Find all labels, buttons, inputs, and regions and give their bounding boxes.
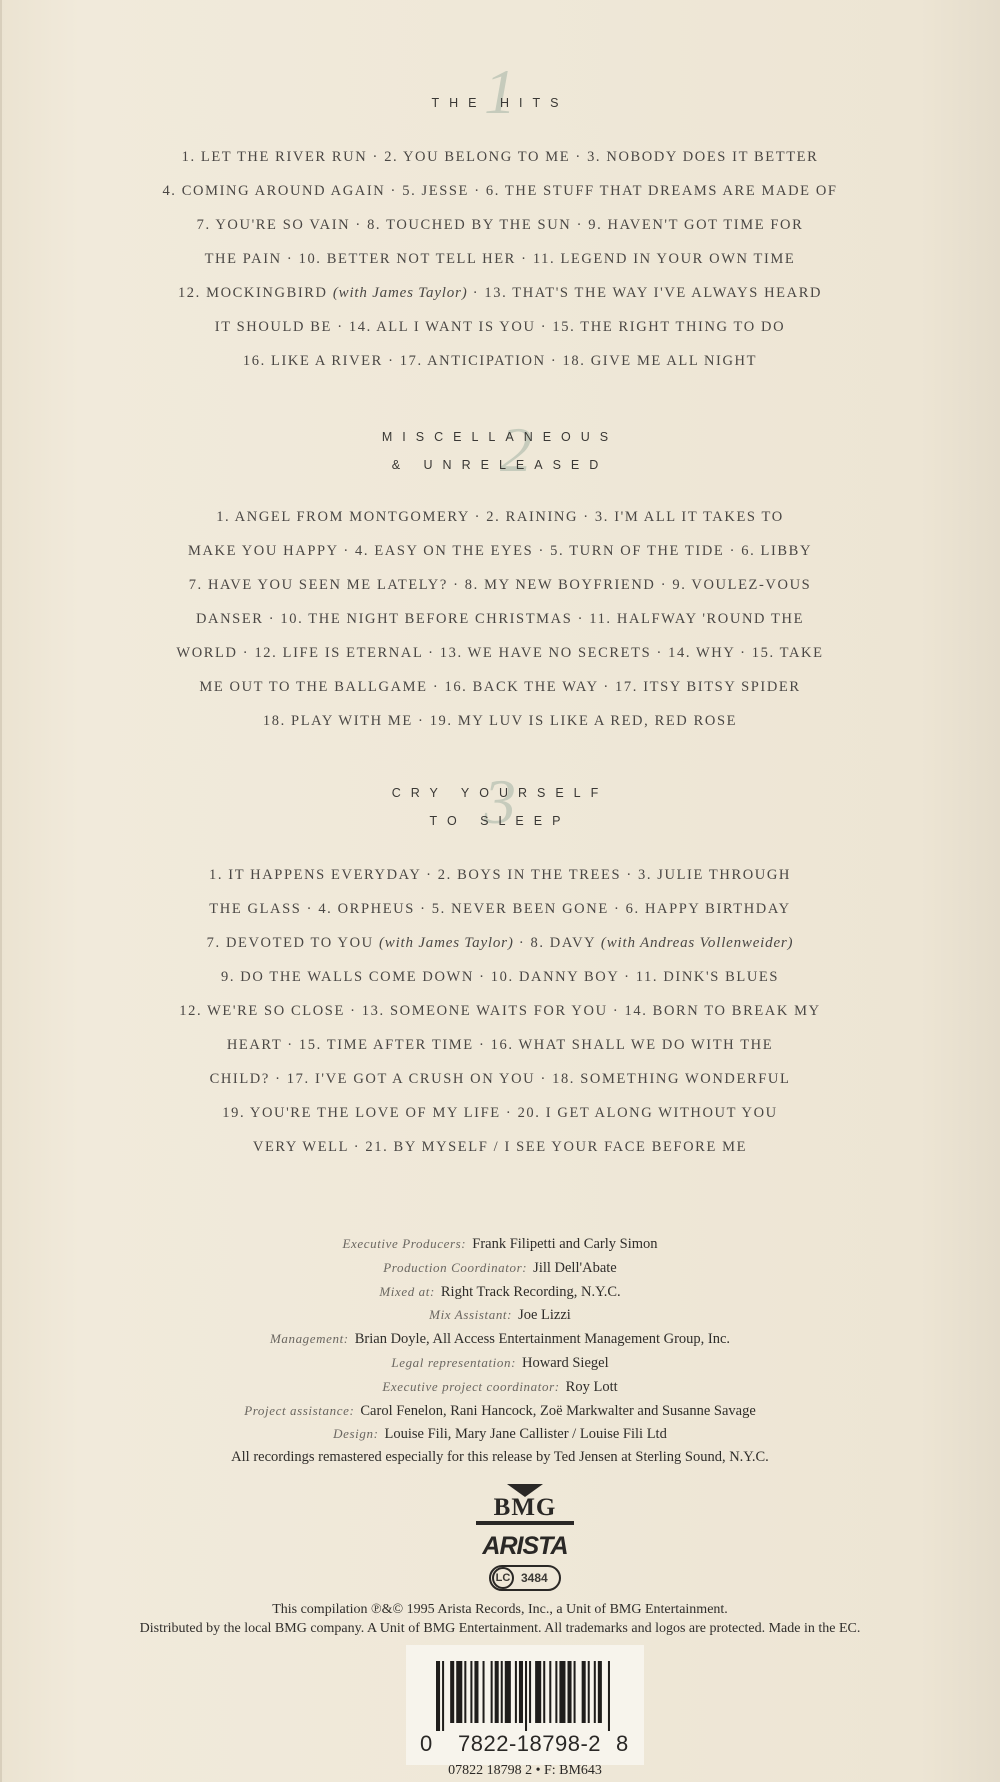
tracklist-line: 12. WE'RE SO CLOSE · 13. SOMEONE WAITS F… (0, 994, 1000, 1028)
credit-row: Mix Assistant:Joe Lizzi (0, 1303, 1000, 1327)
credit-name: Louise Fili, Mary Jane Callister / Louis… (385, 1426, 667, 1442)
featured-artist: (with Andreas Vollenweider) (601, 935, 793, 951)
credit-role: Executive project coordinator: (382, 1379, 559, 1394)
credit-role: Mix Assistant: (429, 1307, 512, 1322)
track-text: · 8. DAVY (514, 935, 601, 951)
credit-role: Legal representation: (391, 1355, 516, 1370)
tracklist-line: CHILD? · 17. I'VE GOT A CRUSH ON YOU · 1… (0, 1062, 1000, 1096)
credit-row: Mixed at:Right Track Recording, N.Y.C. (0, 1280, 1000, 1304)
track-text: 18. PLAY WITH ME · 19. MY LUV IS LIKE A … (263, 713, 737, 729)
credit-name: Brian Doyle, All Access Entertainment Ma… (355, 1331, 730, 1347)
credit-role: Management: (270, 1331, 349, 1346)
track-text: 7. DEVOTED TO YOU (207, 935, 379, 951)
track-text: 7. HAVE YOU SEEN ME LATELY? · 8. MY NEW … (189, 577, 812, 593)
tracklist-line: THE PAIN · 10. BETTER NOT TELL HER · 11.… (0, 242, 1000, 276)
bmg-underline (476, 1521, 574, 1525)
lc-number: 3484 (521, 1571, 548, 1585)
credit-row: Management:Brian Doyle, All Access Enter… (0, 1327, 1000, 1351)
tracklist-line: ME OUT TO THE BALLGAME · 16. BACK THE WA… (0, 670, 1000, 704)
tracklist-line: IT SHOULD BE · 14. ALL I WANT IS YOU · 1… (0, 310, 1000, 344)
track-text: 4. COMING AROUND AGAIN · 5. JESSE · 6. T… (162, 183, 837, 199)
tracklist-line: 18. PLAY WITH ME · 19. MY LUV IS LIKE A … (0, 704, 1000, 738)
credit-row: Design:Louise Fili, Mary Jane Callister … (0, 1422, 1000, 1446)
barcode-last-digit: 8 (616, 1731, 628, 1757)
credit-row: Legal representation:Howard Siegel (0, 1351, 1000, 1375)
tracklist-line: 16. LIKE A RIVER · 17. ANTICIPATION · 18… (0, 344, 1000, 378)
tracklist-line: 7. YOU'RE SO VAIN · 8. TOUCHED BY THE SU… (0, 208, 1000, 242)
tracklist-line: 1. LET THE RIVER RUN · 2. YOU BELONG TO … (0, 140, 1000, 174)
credit-name: Carol Fenelon, Rani Hancock, Zoë Markwal… (360, 1403, 755, 1419)
cd-booklet-back-page: 1 THE HITS 1. LET THE RIVER RUN · 2. YOU… (0, 0, 1000, 1782)
credits-block: Executive Producers:Frank Filipetti and … (0, 1232, 1000, 1470)
track-text: 1. LET THE RIVER RUN · 2. YOU BELONG TO … (182, 149, 819, 165)
track-text: THE PAIN · 10. BETTER NOT TELL HER · 11.… (205, 251, 796, 267)
credit-name: Howard Siegel (522, 1355, 609, 1371)
tracklist-line: DANSER · 10. THE NIGHT BEFORE CHRISTMAS … (0, 602, 1000, 636)
track-text: 19. YOU'RE THE LOVE OF MY LIFE · 20. I G… (222, 1105, 777, 1121)
tracklist-line: 4. COMING AROUND AGAIN · 5. JESSE · 6. T… (0, 174, 1000, 208)
barcode-first-digit: 0 (420, 1731, 432, 1757)
tracklist-line: 7. DEVOTED TO YOU (with James Taylor) · … (0, 926, 1000, 960)
track-text: · 13. THAT'S THE WAY I'VE ALWAYS HEARD (468, 285, 823, 301)
section-title-line: TO SLEEP (0, 814, 1000, 842)
credit-name: Frank Filipetti and Carly Simon (472, 1236, 657, 1252)
track-text: 12. MOCKINGBIRD (178, 285, 333, 301)
label-code-badge: LC 3484 (489, 1565, 561, 1591)
catalog-number: 07822 18798 2 • F: BM643 (406, 1763, 644, 1779)
credit-role: Mixed at: (379, 1284, 435, 1299)
credit-name: Jill Dell'Abate (533, 1260, 617, 1276)
track-text: ME OUT TO THE BALLGAME · 16. BACK THE WA… (199, 679, 800, 695)
track-text: 16. LIKE A RIVER · 17. ANTICIPATION · 18… (243, 353, 757, 369)
featured-artist: (with James Taylor) (333, 285, 468, 301)
legal-notice: This compilation ℗&© 1995 Arista Records… (0, 1600, 1000, 1638)
lc-icon: LC (492, 1567, 514, 1589)
track-text: WORLD · 12. LIFE IS ETERNAL · 13. WE HAV… (176, 645, 823, 661)
section-1-title: THE HITS (0, 96, 1000, 110)
credit-row: Production Coordinator:Jill Dell'Abate (0, 1256, 1000, 1280)
credit-name: Roy Lott (566, 1379, 618, 1395)
track-text: 7. YOU'RE SO VAIN · 8. TOUCHED BY THE SU… (197, 217, 804, 233)
credit-role: Design: (333, 1426, 378, 1441)
track-text: VERY WELL · 21. BY MYSELF / I SEE YOUR F… (253, 1139, 747, 1155)
tracklist-line: 19. YOU'RE THE LOVE OF MY LIFE · 20. I G… (0, 1096, 1000, 1130)
credit-name: Right Track Recording, N.Y.C. (441, 1284, 621, 1300)
section-1-tracklist: 1. LET THE RIVER RUN · 2. YOU BELONG TO … (0, 140, 1000, 378)
section-title-line: MISCELLANEOUS (0, 430, 1000, 458)
tracklist-line: 7. HAVE YOU SEEN ME LATELY? · 8. MY NEW … (0, 568, 1000, 602)
track-text: DANSER · 10. THE NIGHT BEFORE CHRISTMAS … (196, 611, 804, 627)
section-title-line: CRY YOURSELF (0, 786, 1000, 814)
credit-role: Executive Producers: (342, 1236, 466, 1251)
credit-role: Production Coordinator: (383, 1260, 527, 1275)
track-text: THE GLASS · 4. ORPHEUS · 5. NEVER BEEN G… (209, 901, 790, 917)
credit-row: All recordings remastered especially for… (0, 1446, 1000, 1470)
label-logos: BMG ARISTA LC 3484 (470, 1484, 580, 1591)
section-3-title: CRY YOURSELF TO SLEEP (0, 786, 1000, 842)
section-2-title: MISCELLANEOUS & UNRELEASED (0, 430, 1000, 486)
credit-row: Executive project coordinator:Roy Lott (0, 1375, 1000, 1399)
tracklist-line: VERY WELL · 21. BY MYSELF / I SEE YOUR F… (0, 1130, 1000, 1164)
track-text: 12. WE'RE SO CLOSE · 13. SOMEONE WAITS F… (179, 1003, 821, 1019)
bmg-logo: BMG (470, 1497, 580, 1519)
track-text: 1. IT HAPPENS EVERYDAY · 2. BOYS IN THE … (209, 867, 791, 883)
section-title-line: & UNRELEASED (0, 458, 1000, 486)
track-text: HEART · 15. TIME AFTER TIME · 16. WHAT S… (227, 1037, 773, 1053)
copyright-line: This compilation ℗&© 1995 Arista Records… (0, 1600, 1000, 1619)
track-text: MAKE YOU HAPPY · 4. EASY ON THE EYES · 5… (188, 543, 812, 559)
barcode-bars-icon (436, 1661, 612, 1731)
tracklist-line: HEART · 15. TIME AFTER TIME · 16. WHAT S… (0, 1028, 1000, 1062)
tracklist-line: MAKE YOU HAPPY · 4. EASY ON THE EYES · 5… (0, 534, 1000, 568)
tracklist-line: 1. IT HAPPENS EVERYDAY · 2. BOYS IN THE … (0, 858, 1000, 892)
tracklist-line: THE GLASS · 4. ORPHEUS · 5. NEVER BEEN G… (0, 892, 1000, 926)
credit-name: All recordings remastered especially for… (231, 1449, 769, 1465)
credit-row: Executive Producers:Frank Filipetti and … (0, 1232, 1000, 1256)
section-3-tracklist: 1. IT HAPPENS EVERYDAY · 2. BOYS IN THE … (0, 858, 1000, 1164)
track-text: 9. DO THE WALLS COME DOWN · 10. DANNY BO… (221, 969, 779, 985)
barcode: 0 7822-18798-2 8 (406, 1645, 644, 1765)
featured-artist: (with James Taylor) (379, 935, 514, 951)
tracklist-line: 12. MOCKINGBIRD (with James Taylor) · 13… (0, 276, 1000, 310)
tracklist-line: WORLD · 12. LIFE IS ETERNAL · 13. WE HAV… (0, 636, 1000, 670)
track-text: CHILD? · 17. I'VE GOT A CRUSH ON YOU · 1… (210, 1071, 791, 1087)
section-2-tracklist: 1. ANGEL FROM MONTGOMERY · 2. RAINING · … (0, 500, 1000, 738)
tracklist-line: 9. DO THE WALLS COME DOWN · 10. DANNY BO… (0, 960, 1000, 994)
section-1-numeral: 1 (470, 60, 530, 124)
distribution-line: Distributed by the local BMG company. A … (0, 1619, 1000, 1638)
track-text: 1. ANGEL FROM MONTGOMERY · 2. RAINING · … (216, 509, 784, 525)
credit-role: Project assistance: (244, 1403, 354, 1418)
arista-logo: ARISTA (470, 1533, 580, 1559)
barcode-middle-digits: 7822-18798-2 (458, 1731, 601, 1757)
section-title-line: THE HITS (0, 96, 1000, 110)
track-text: IT SHOULD BE · 14. ALL I WANT IS YOU · 1… (215, 319, 785, 335)
tracklist-line: 1. ANGEL FROM MONTGOMERY · 2. RAINING · … (0, 500, 1000, 534)
credit-row: Project assistance:Carol Fenelon, Rani H… (0, 1399, 1000, 1423)
credit-name: Joe Lizzi (518, 1307, 571, 1323)
